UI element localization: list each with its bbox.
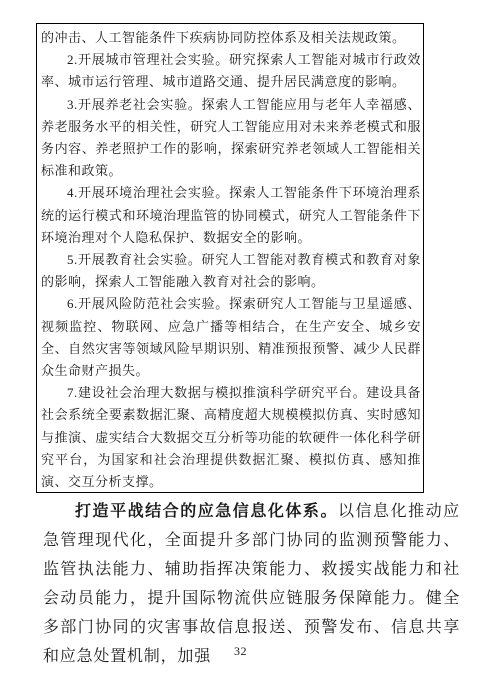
paragraph-body-text: 以信息化推动应急管理现代化，全面提升多部门协同的监测预警能力、监管执法能力、辅助… [43,503,460,665]
box-paragraph-item-7: 7.建设社会治理大数据与模拟推演科学研究平台。建设具备社会系统全要素数据汇聚、高… [41,382,421,493]
box-paragraph-continuation: 的冲击、人工智能条件下疾病协同防控体系及相关法规政策。 [41,27,421,49]
box-paragraph-item-2: 2.开展城市管理社会实验。研究探索人工智能对城市行政效率、城市运行管理、城市道路… [41,49,421,93]
box-paragraph-item-6: 6.开展风险防范社会实验。探索研究人工智能与卫星遥感、视频监控、物联网、应急广播… [41,293,421,382]
page-number: 32 [0,644,481,659]
document-page: 的冲击、人工智能条件下疾病协同防控体系及相关法规政策。 2.开展城市管理社会实验… [0,0,481,689]
boxed-text-section: 的冲击、人工智能条件下疾病协同防控体系及相关法规政策。 2.开展城市管理社会实验… [36,23,424,493]
paragraph-bold-lead: 打造平战结合的应急信息化体系。 [75,503,338,520]
box-paragraph-item-5: 5.开展教育社会实验。研究人工智能对教育模式和教育对象的影响，探索人工智能融入教… [41,249,421,293]
box-paragraph-item-3: 3.开展养老社会实验。探索人工智能应用与老年人幸福感、养老服务水平的相关性，研究… [41,94,421,183]
box-paragraph-item-4: 4.开展环境治理社会实验。探索人工智能条件下环境治理系统的运行模式和环境治理监管… [41,182,421,249]
